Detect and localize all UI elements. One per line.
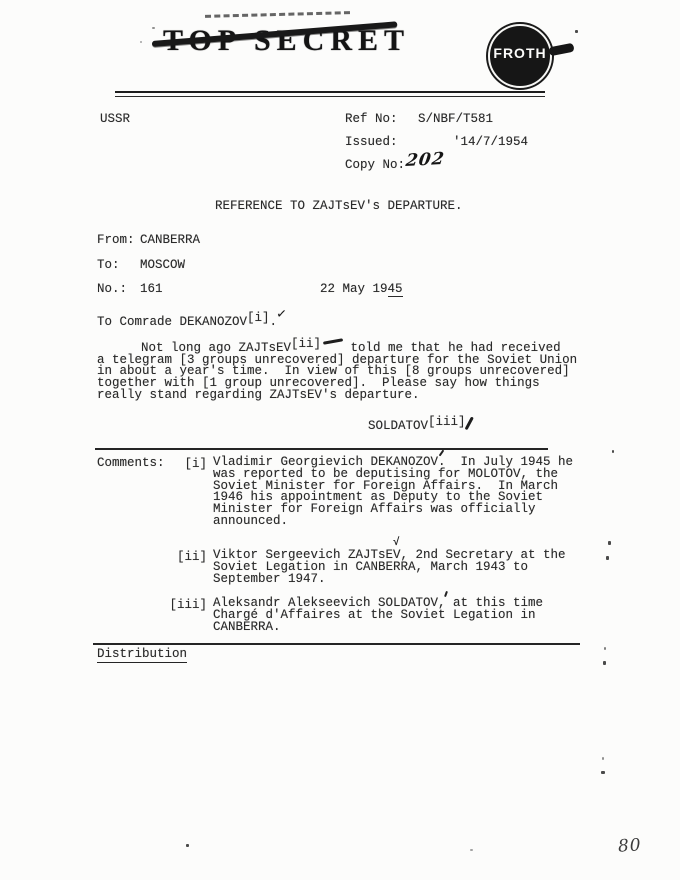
divider-rule (95, 448, 548, 450)
comment-item-iii: [iii] Aleksandr Alekseevich SOLDATOV, at… (160, 598, 600, 633)
document-title: REFERENCE TO ZAJTsEV's DEPARTURE. (215, 200, 463, 213)
date-prefix: 22 May 19 (320, 282, 388, 296)
date-underlined-part: 45 (388, 282, 403, 297)
comment-item-ii: [ii] Viktor Sergeevich ZAJTsEV, 2nd Secr… (160, 550, 600, 585)
comment-line: September 1947. (213, 574, 600, 586)
comment-ref-ii: [ii] (160, 550, 207, 564)
ref-no-value: S/NBF/T581 (418, 113, 493, 126)
issued-value: '14/7/1954 (453, 136, 528, 149)
scan-speck (602, 757, 604, 760)
to-value: MOSCOW (140, 259, 185, 272)
page-number-handwritten: 80 (617, 835, 642, 857)
scan-speck (601, 771, 605, 774)
scan-speck (575, 30, 578, 33)
scan-speck (470, 849, 473, 851)
comment-text-i: Vladimir Georgievich DEKANOZOV. In July … (213, 457, 600, 528)
comment-line: CANBERRA. (213, 622, 600, 634)
no-value: 161 (140, 283, 163, 296)
ink-smudge (548, 43, 574, 57)
scan-speck (604, 647, 606, 650)
divider-rule (93, 643, 580, 645)
footnote-ref-ii: [ii] (291, 337, 321, 351)
comment-text-ii: Viktor Sergeevich ZAJTsEV, 2nd Secretary… (213, 550, 600, 585)
message-date: 22 May 1945 (320, 283, 403, 296)
scan-speck (603, 661, 606, 665)
copy-no-label: Copy No: (345, 159, 405, 172)
scan-speck (186, 844, 189, 847)
signature-line: SOLDATOV[iii] (368, 420, 476, 433)
pen-scribble (205, 11, 350, 18)
body-line: really stand regarding ZAJTsEV's departu… (97, 390, 607, 402)
to-label: To: (97, 259, 120, 272)
comments-label: Comments: (97, 457, 165, 470)
scan-speck (140, 41, 142, 43)
message-body: Not long ago ZAJTsEV[ii] told me that he… (97, 343, 607, 402)
pen-checkmark: √ (393, 537, 400, 549)
salutation-line: To Comrade DEKANOZOV[i].✓ (97, 316, 286, 329)
no-label: No.: (97, 283, 127, 296)
from-value: CANBERRA (140, 234, 200, 247)
distribution-heading: Distribution (97, 648, 187, 663)
country-label: USSR (100, 113, 130, 126)
footnote-ref-iii: [iii] (428, 415, 466, 429)
comment-text-iii: Aleksandr Alekseevich SOLDATOV, at this … (213, 598, 600, 633)
comment-item-i: [i] Vladimir Georgievich DEKANOZOV. In J… (160, 457, 600, 528)
scan-speck (608, 541, 611, 545)
froth-stamp: FROTH (488, 24, 552, 88)
ref-no-label: Ref No: (345, 113, 398, 126)
copy-no-value-handwritten: 202 (405, 149, 446, 171)
scan-speck (606, 556, 609, 560)
signature-name: SOLDATOV (368, 419, 428, 433)
scan-speck (152, 27, 155, 29)
footnote-ref-i: [i] (247, 311, 270, 325)
stamp-label: FROTH (493, 45, 546, 61)
pen-tick-mark (323, 338, 343, 344)
pen-checkmark: ✓ (276, 309, 286, 323)
comment-line: announced. (213, 516, 600, 528)
from-label: From: (97, 234, 135, 247)
scan-speck (612, 450, 614, 453)
divider-double-rule (115, 91, 545, 97)
salutation-text: To Comrade DEKANOZOV (97, 315, 247, 329)
issued-label: Issued: (345, 136, 398, 149)
document-page: TOP SECRET FROTH USSR Ref No: S/NBF/T581… (0, 0, 680, 880)
comment-ref-i: [i] (160, 457, 207, 471)
comment-ref-iii: [iii] (160, 598, 207, 612)
